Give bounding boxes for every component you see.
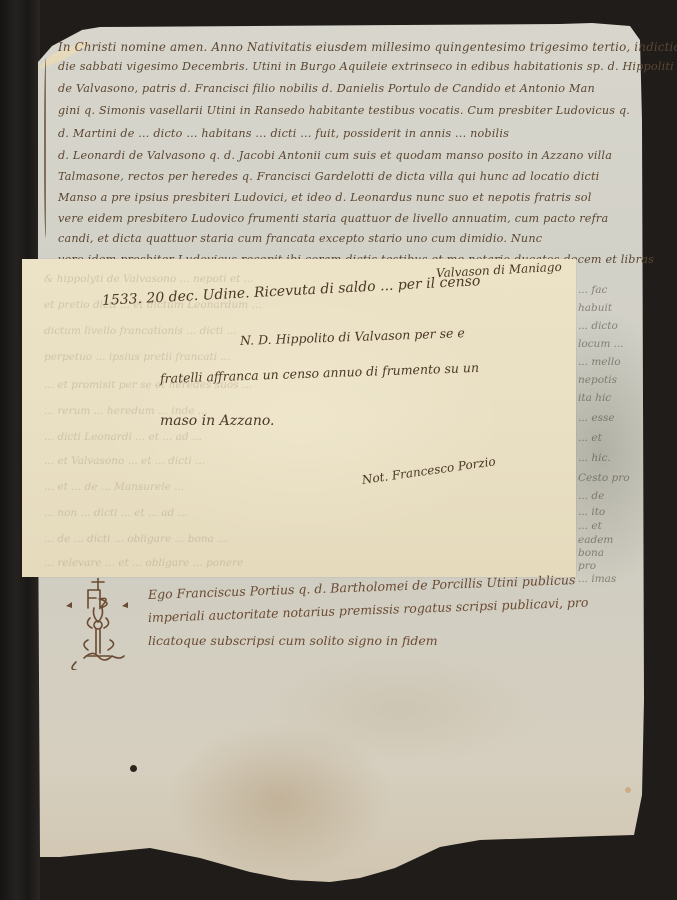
margin-fragment: ... mello [578, 356, 621, 368]
initial-flourish [44, 58, 49, 238]
manuscript-line: de Valvasono, patris d. Francisci filio … [58, 82, 595, 95]
show-through-text: & hippolyti de Valvasono ... nepoti et .… [44, 273, 254, 285]
margin-fragment: ... hic. [578, 452, 611, 464]
margin-fragment: ... imas [578, 573, 616, 585]
margin-fragment: bona [578, 547, 604, 559]
show-through-text: ... non ... dicti ... et ... ad ... [44, 507, 188, 519]
margin-fragment: ... de [578, 490, 604, 502]
manuscript-line: candi, et dicta quattuor staria cum fran… [58, 232, 542, 245]
manuscript-line: die sabbati vigesimo Decembris. Utini in… [58, 60, 674, 73]
ink-stain [130, 765, 137, 772]
margin-fragment: pro [578, 560, 596, 572]
subscription-line: licatoque subscripsi cum solito signo in… [148, 633, 438, 648]
margin-fragment: locum ... [578, 338, 624, 350]
notarial-sign-icon [62, 578, 134, 670]
margin-fragment: nepotis [578, 374, 617, 386]
margin-fragment: eadem [578, 534, 613, 546]
show-through-text: ... relevare ... et ... obligare ... pon… [44, 557, 243, 569]
manuscript-line: In Christi nomine amen. Anno Nativitatis… [58, 40, 677, 54]
margin-fragment: Cesto pro [578, 472, 630, 484]
margin-fragment: ita hic [578, 392, 611, 404]
manuscript-line: d. Leonardi de Valvasono q. d. Jacobi An… [58, 149, 612, 162]
show-through-text: ... dicti Leonardi ... et ... ad ... [44, 431, 202, 443]
manuscript-line: Talmasone, rectos per heredes q. Francis… [58, 170, 599, 183]
margin-fragment: ... ito [578, 506, 605, 518]
manuscript-line: gini q. Simonis vasellarii Utini in Rans… [58, 104, 630, 117]
note-line-2: N. D. Hippolito di Valvason per se e [240, 325, 465, 348]
show-through-text: perpetuo ... ipsius pretii francati ... [44, 351, 230, 363]
show-through-text: ... et ... de ... Mansurele ... [44, 481, 184, 493]
manuscript-line: Manso a pre ipsius presbiteri Ludovici, … [58, 191, 591, 204]
margin-fragment: ... esse [578, 412, 615, 424]
margin-fragment: ... fac [578, 284, 607, 296]
show-through-text: ... de ... dicti ... obligare ... bona .… [44, 533, 227, 545]
margin-fragment: ... dicto [578, 320, 618, 332]
manuscript-line: vere eidem presbitero Ludovico frumenti … [58, 212, 608, 225]
note-signature: Not. Francesco Porzio [361, 454, 496, 487]
margin-fragment: ... et [578, 520, 602, 532]
note-line-3: fratelli affranca un censo annuo di frum… [160, 360, 480, 386]
margin-fragment: habuit [578, 302, 612, 314]
archival-note-slip: & hippolyti de Valvasono ... nepoti et .… [22, 259, 576, 577]
margin-fragment: ... et [578, 432, 602, 444]
show-through-text: ... et Valvasono ... et ... dicti ... [44, 455, 205, 467]
foxing-spot [625, 787, 631, 793]
manuscript-line: d. Martini de ... dicto ... habitans ...… [58, 127, 509, 140]
show-through-text: dictum livello francationis ... dicti ..… [44, 325, 237, 337]
note-line-4: maso in Azzano. [160, 413, 275, 429]
